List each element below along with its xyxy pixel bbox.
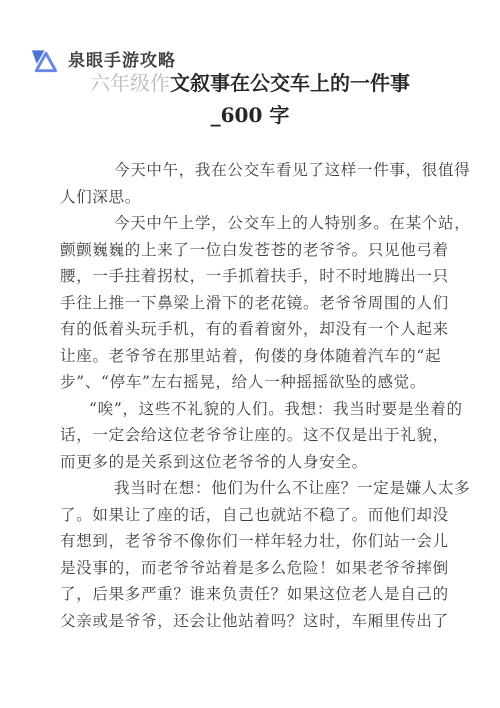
paragraph-1-line-2: 人们深思。: [60, 184, 445, 211]
paragraph-3-line-3: 而更多的是关系到这位老爷爷的人身安全。: [60, 449, 445, 476]
essay-title-line1: 六年级作文叙事在公交车上的一件事: [0, 67, 500, 99]
paragraph-2-line-7: 步”、“停车”左右摇晃，给人一种摇摇欲坠的感觉。: [60, 369, 445, 396]
article-page: 泉眼手游攻略 六年级作文叙事在公交车上的一件事 _600 字 今天中午，我在公交…: [0, 0, 500, 708]
paragraph-2-line-6: 让座。老爷爷在那里站着，佝偻的身体随着汽车的“起: [60, 343, 445, 370]
paragraph-2-line-2: 颤颤巍巍的上来了一位白发苍苍的老爷爷。只见他弓着: [60, 237, 445, 264]
title-main-text: 文叙事在公交车上的一件事: [170, 71, 410, 95]
essay-title: 六年级作文叙事在公交车上的一件事 _600 字: [0, 67, 500, 131]
paragraph-2-line-4: 手往上推一下鼻梁上滑下的老花镜。老爷爷周围的人们: [60, 290, 445, 317]
paragraph-2-line-1: 今天中午上学，公交车上的人特别多。在某个站，: [60, 210, 445, 237]
paragraph-2-line-5: 有的低着头玩手机，有的看着窗外，却没有一个人起来: [60, 316, 445, 343]
paragraph-2-line-3: 腰，一手拄着拐杖，一手抓着扶手，时不时地腾出一只: [60, 263, 445, 290]
paragraph-4-line-6: 父亲或是爷爷，还会让他站着吗？这时，车厢里传出了: [60, 608, 445, 635]
paragraph-4-line-5: 了，后果多严重？谁来负责任？如果这位老人是自己的: [60, 581, 445, 608]
paragraph-3-line-2: 话，一定会给这位老爷爷让座的。这不仅是出于礼貌，: [60, 422, 445, 449]
article-body: 今天中午，我在公交车看见了这样一件事，很值得人们深思。今天中午上学，公交车上的人…: [60, 157, 445, 634]
paragraph-4-line-2: 了。如果让了座的话，自己也就站不稳了。而他们却没: [60, 502, 445, 529]
paragraph-1-line-1: 今天中午，我在公交车看见了这样一件事，很值得: [60, 157, 445, 184]
paragraph-4-line-1: 我当时在想：他们为什么不让座？一定是嫌人太多: [60, 475, 445, 502]
paragraph-4-line-4: 是没事的，而老爷爷站着是多么危险！如果老爷爷摔倒: [60, 555, 445, 582]
paragraph-3-line-1: “唉”，这些不礼貌的人们。我想：我当时要是坐着的: [60, 396, 445, 423]
paragraph-4-line-3: 有想到，老爷爷不像你们一样年轻力壮，你们站一会儿: [60, 528, 445, 555]
essay-title-line2: _600 字: [0, 99, 500, 131]
title-watermark-text: 六年级作: [90, 71, 170, 95]
